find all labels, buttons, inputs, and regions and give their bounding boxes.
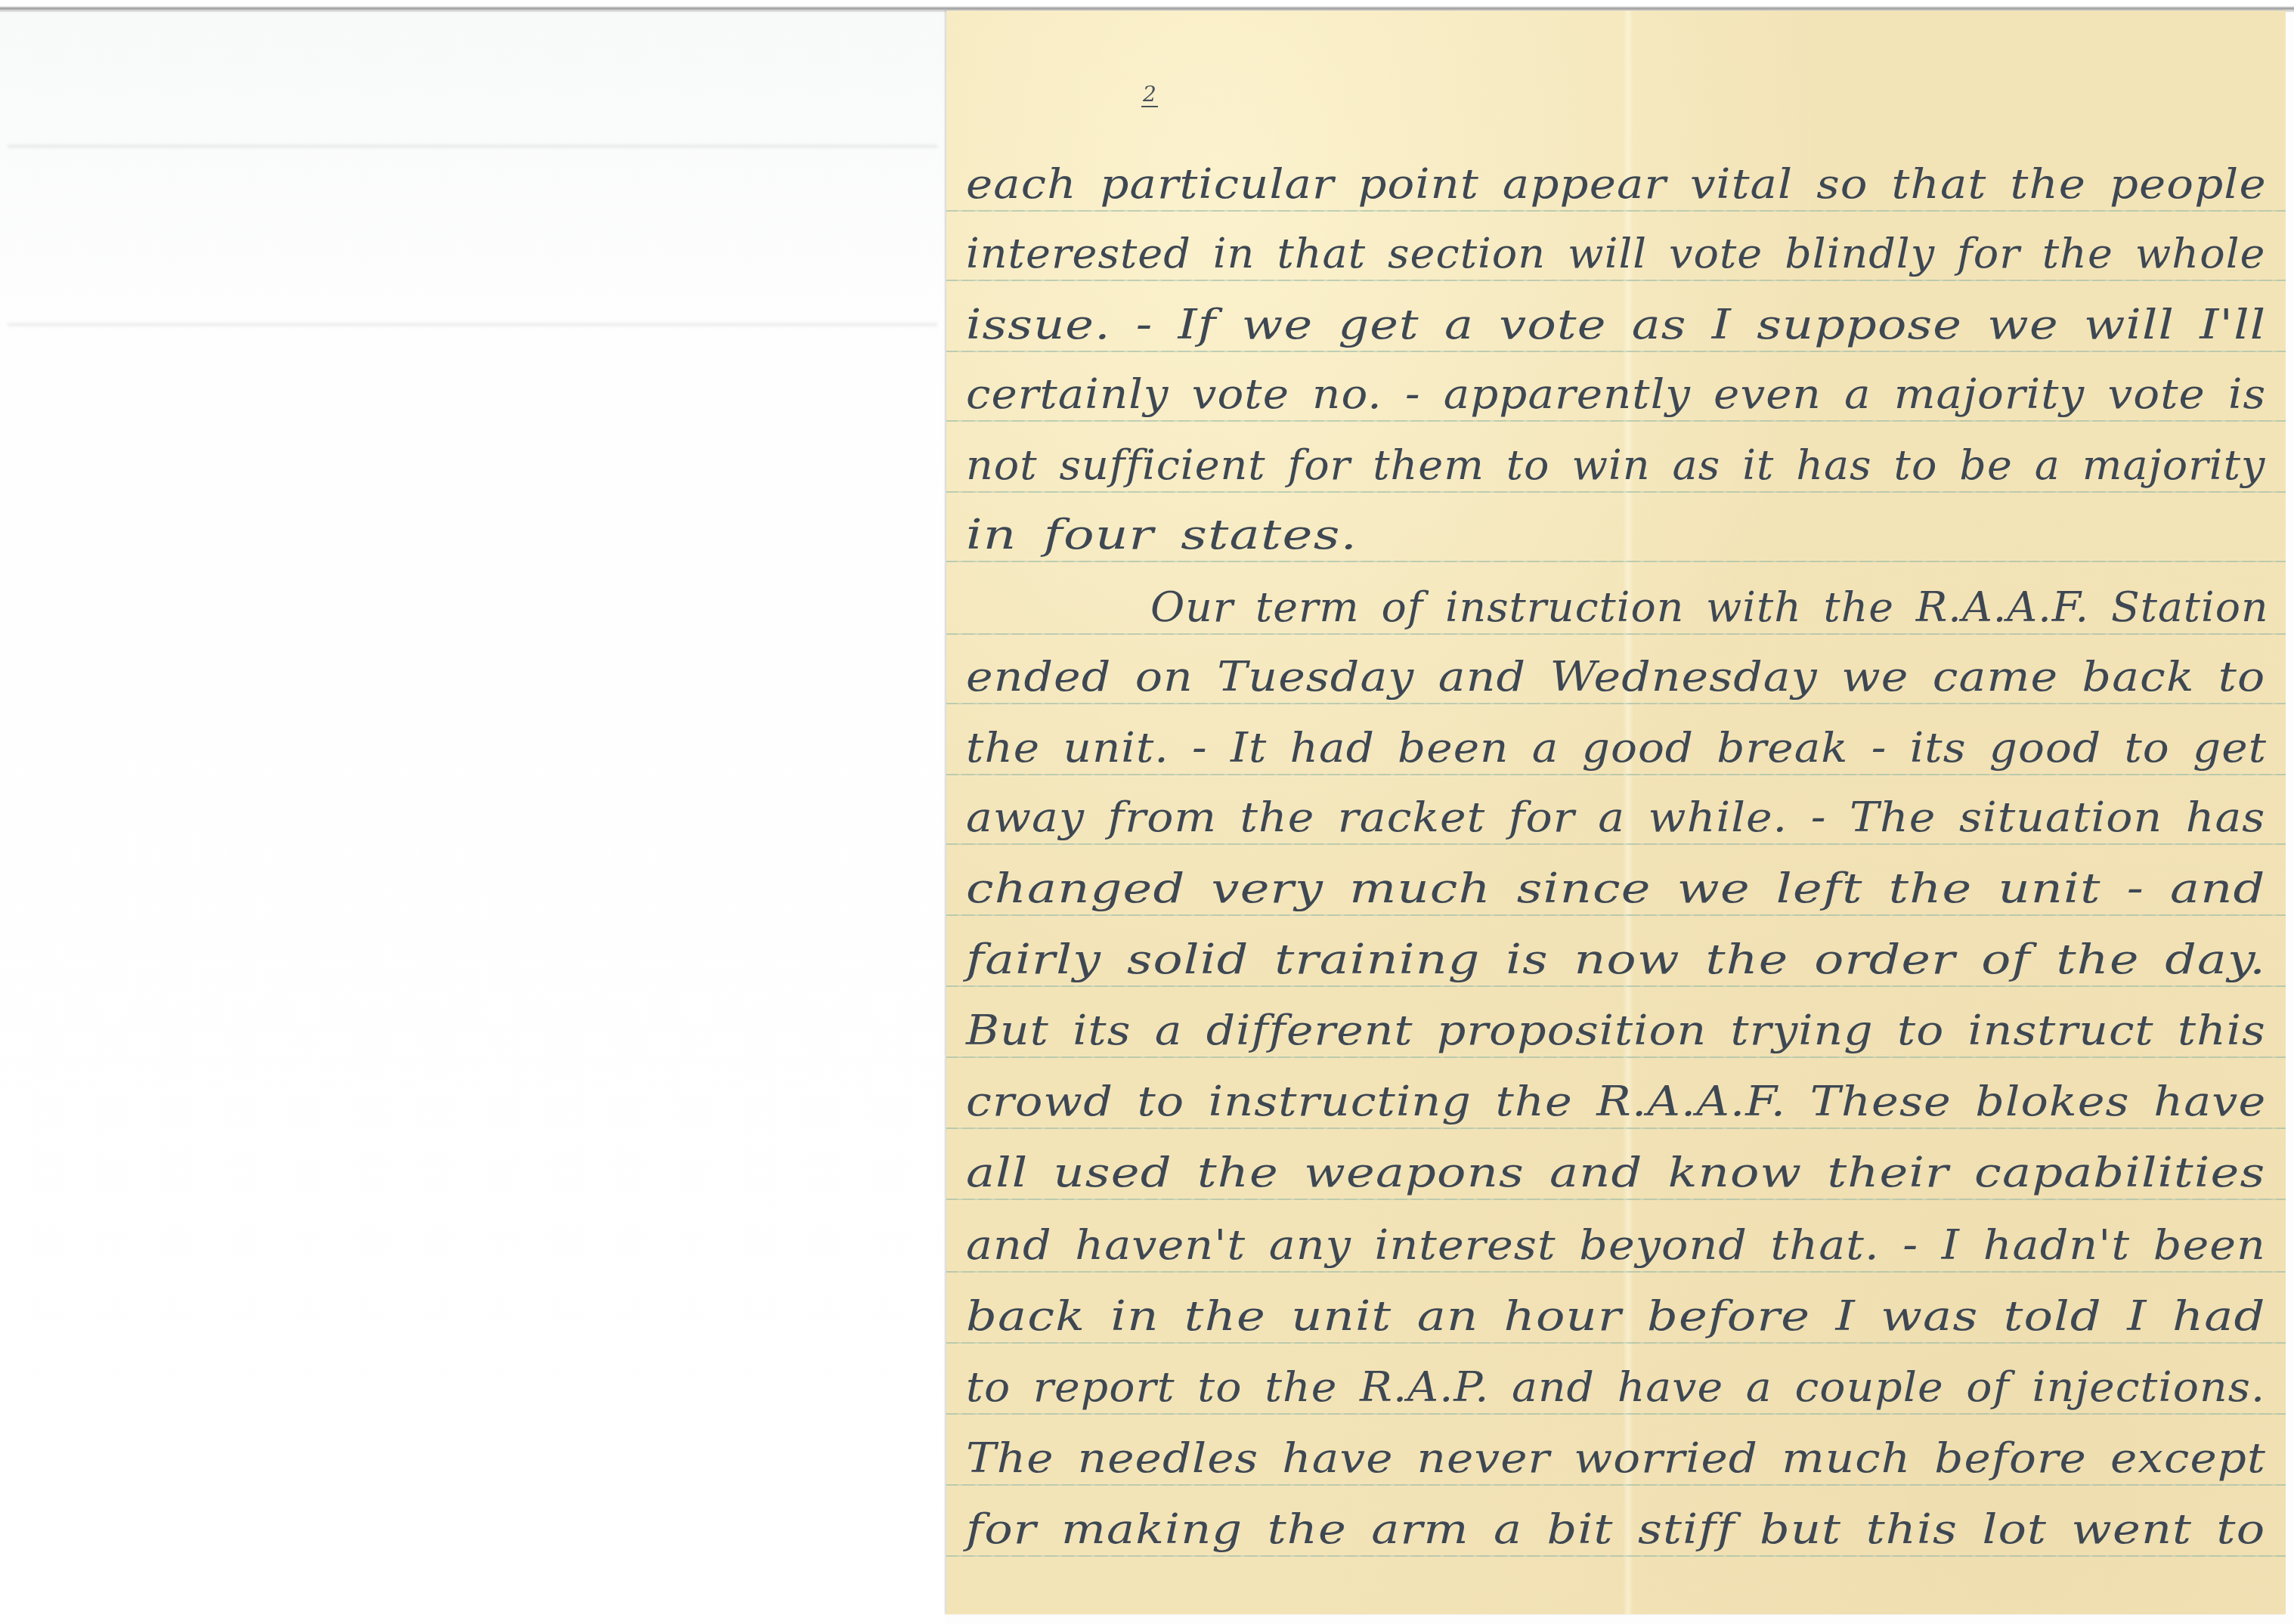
text-line-paragraph-start: Our term of instruction with the R.A.A.F…: [1150, 585, 2269, 630]
text-line: changed very much since we left the unit…: [966, 866, 2266, 911]
ruled-line: [946, 1271, 2286, 1273]
ruled-line: [946, 1056, 2286, 1058]
text-line: ended on Tuesday and Wednesday we came b…: [966, 654, 2265, 700]
text-line: and haven't any interest beyond that. - …: [966, 1223, 2266, 1268]
ruled-line: [946, 633, 2286, 635]
ruled-line: [946, 703, 2286, 704]
text-line: The needles have never worried much befo…: [966, 1436, 2266, 1481]
text-line: away from the racket for a while. - The …: [966, 795, 2265, 840]
ruled-line: [946, 491, 2286, 493]
ruled-line: [946, 1199, 2286, 1200]
fold-mark: [8, 145, 937, 147]
text-line: interested in that section will vote bli…: [966, 231, 2265, 277]
text-line: not sufficient for them to win as it has…: [966, 443, 2265, 488]
ruled-line: [946, 280, 2286, 281]
ruled-line: [946, 843, 2286, 845]
text-line: in four states.: [966, 512, 1358, 558]
scanned-page: 2 each particular point appear vital so …: [0, 0, 2294, 1624]
text-line: all used the weapons and know their capa…: [966, 1150, 2265, 1196]
text-line: issue. - If we get a vote as I suppose w…: [966, 302, 2266, 348]
text-line: back in the unit an hour before I was to…: [966, 1294, 2266, 1339]
ruled-line: [946, 1555, 2286, 1557]
text-line: crowd to instructing the R.A.A.F. These …: [966, 1079, 2266, 1124]
ruled-line: [946, 210, 2286, 212]
text-line: fairly solid training is now the order o…: [966, 937, 2266, 982]
ruled-line: [946, 1128, 2286, 1129]
fold-mark: [8, 323, 937, 326]
page-number: 2: [1141, 83, 1158, 107]
ruled-line: [946, 351, 2286, 352]
ruled-line: [946, 561, 2286, 562]
letter-paper: 2 each particular point appear vital so …: [946, 11, 2286, 1614]
ruled-line: [946, 914, 2286, 916]
text-line: each particular point appear vital so th…: [966, 162, 2267, 207]
text-line: certainly vote no. - apparently even a m…: [966, 372, 2266, 417]
text-line: for making the arm a bit stiff but this …: [966, 1507, 2265, 1552]
ruled-line: [946, 1342, 2286, 1344]
text-line: the unit. - It had been a good break - i…: [966, 725, 2267, 771]
ruled-line: [946, 1484, 2286, 1486]
ruled-line: [946, 985, 2286, 987]
ruled-line: [946, 774, 2286, 775]
ruled-line: [946, 1413, 2286, 1415]
blank-left-area: [0, 12, 945, 1624]
ruled-line: [946, 420, 2286, 422]
text-line: But its a different proposition trying t…: [966, 1008, 2266, 1053]
text-line: to report to the R.A.P. and have a coupl…: [966, 1365, 2265, 1410]
